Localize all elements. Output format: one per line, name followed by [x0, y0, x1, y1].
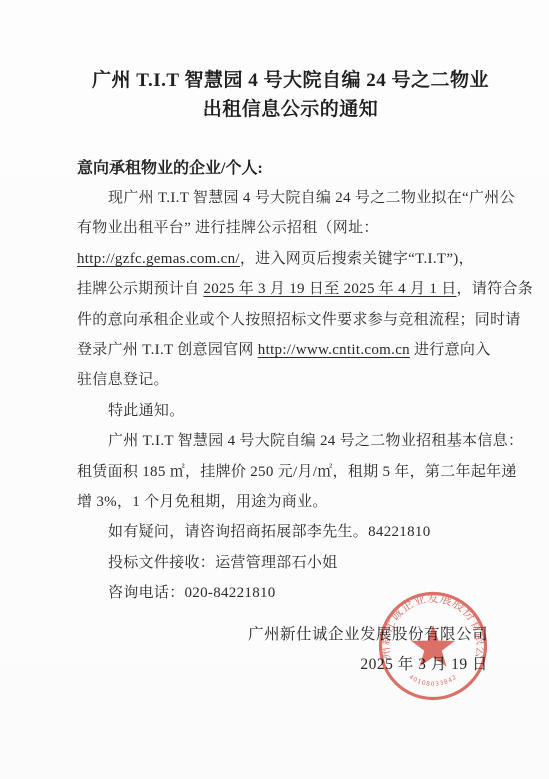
scanned-notice-page: 广州 T.I.T 智慧园 4 号大院自编 24 号之二物业 出租信息公示的通知 … — [0, 0, 549, 779]
body-text: 件的意向承租企业或个人按照招标文件要求参与竞租流程；同时请 — [77, 312, 521, 328]
body-line: 现广州 T.I.T 智慧园 4 号大院自编 24 号之二物业拟在“广州公 — [77, 183, 507, 213]
body-text: 有物业出租平台” 进行挂牌公示招租（网址： — [77, 220, 379, 236]
underlined-text: http://gzfc.gemas.com.cn/ — [77, 251, 240, 267]
body-line: 驻信息登记。 — [77, 365, 507, 395]
underlined-text: http://www.cntit.com.cn — [258, 342, 410, 358]
body-line: 租赁面积 185 ㎡，挂牌价 250 元/月/㎡，租期 5 年，第二年起年递 — [77, 457, 507, 487]
body-text: ，进入网页后搜索关键字“T.I.T”)， — [240, 251, 474, 267]
body-line: 特此通知。 — [77, 396, 507, 426]
body-line: 有物业出租平台” 进行挂牌公示招租（网址： — [77, 213, 507, 243]
body-line: 挂牌公示期预计自 2025 年 3 月 19 日至 2025 年 4 月 1 日… — [77, 274, 507, 304]
body-text: 租赁面积 185 ㎡，挂牌价 250 元/月/㎡，租期 5 年，第二年起年递 — [77, 464, 517, 480]
body-text: 挂牌公示期预计自 — [77, 281, 203, 297]
body-text: 进行意向入 — [410, 342, 491, 358]
salutation: 意向承租物业的企业/个人: — [77, 155, 263, 178]
body-text: 投标文件接收：运营管理部石小姐 — [108, 555, 338, 571]
notice-body: 现广州 T.I.T 智慧园 4 号大院自编 24 号之二物业拟在“广州公有物业出… — [77, 183, 507, 609]
body-line: 如有疑问，请咨询招商拓展部李先生。84221810 — [77, 517, 507, 547]
signature-block: 广州新仕诚企业发展股份有限公司 2025 年 3 月 19 日 — [248, 620, 488, 680]
signature-date: 2025 年 3 月 19 日 — [248, 650, 488, 680]
document-title: 广州 T.I.T 智慧园 4 号大院自编 24 号之二物业 出租信息公示的通知 — [0, 66, 549, 124]
body-text: 广州 T.I.T 智慧园 4 号大院自编 24 号之二物业招租基本信息： — [108, 433, 523, 449]
body-text: 特此通知。 — [108, 403, 185, 419]
body-text: 现广州 T.I.T 智慧园 4 号大院自编 24 号之二物业拟在“广州公 — [108, 190, 515, 206]
body-text: 增 3%，1 个月免租期，用途为商业。 — [77, 494, 328, 510]
document-title-line2: 出租信息公示的通知 — [32, 95, 549, 124]
body-line: 增 3%，1 个月免租期，用途为商业。 — [77, 487, 507, 517]
signature-company: 广州新仕诚企业发展股份有限公司 — [248, 620, 488, 650]
document-title-line1: 广州 T.I.T 智慧园 4 号大院自编 24 号之二物业 — [32, 66, 549, 95]
body-text: ，请符合条 — [457, 281, 534, 297]
body-text: 驻信息登记。 — [77, 372, 169, 388]
body-line: 登录广州 T.I.T 创意园官网 http://www.cntit.com.cn… — [77, 335, 507, 365]
body-line: 件的意向承租企业或个人按照招标文件要求参与竞租流程；同时请 — [77, 305, 507, 335]
body-text: 如有疑问，请咨询招商拓展部李先生。84221810 — [108, 524, 431, 540]
underlined-text: 2025 年 3 月 19 日至 2025 年 4 月 1 日 — [203, 281, 456, 297]
body-line: 咨询电话：020-84221810 — [77, 578, 507, 608]
body-text: 登录广州 T.I.T 创意园官网 — [77, 342, 258, 358]
body-line: 投标文件接收：运营管理部石小姐 — [77, 548, 507, 578]
body-text: 咨询电话：020-84221810 — [108, 585, 276, 601]
body-line: 广州 T.I.T 智慧园 4 号大院自编 24 号之二物业招租基本信息： — [77, 426, 507, 456]
body-line: http://gzfc.gemas.com.cn/，进入网页后搜索关键字“T.I… — [77, 244, 507, 274]
